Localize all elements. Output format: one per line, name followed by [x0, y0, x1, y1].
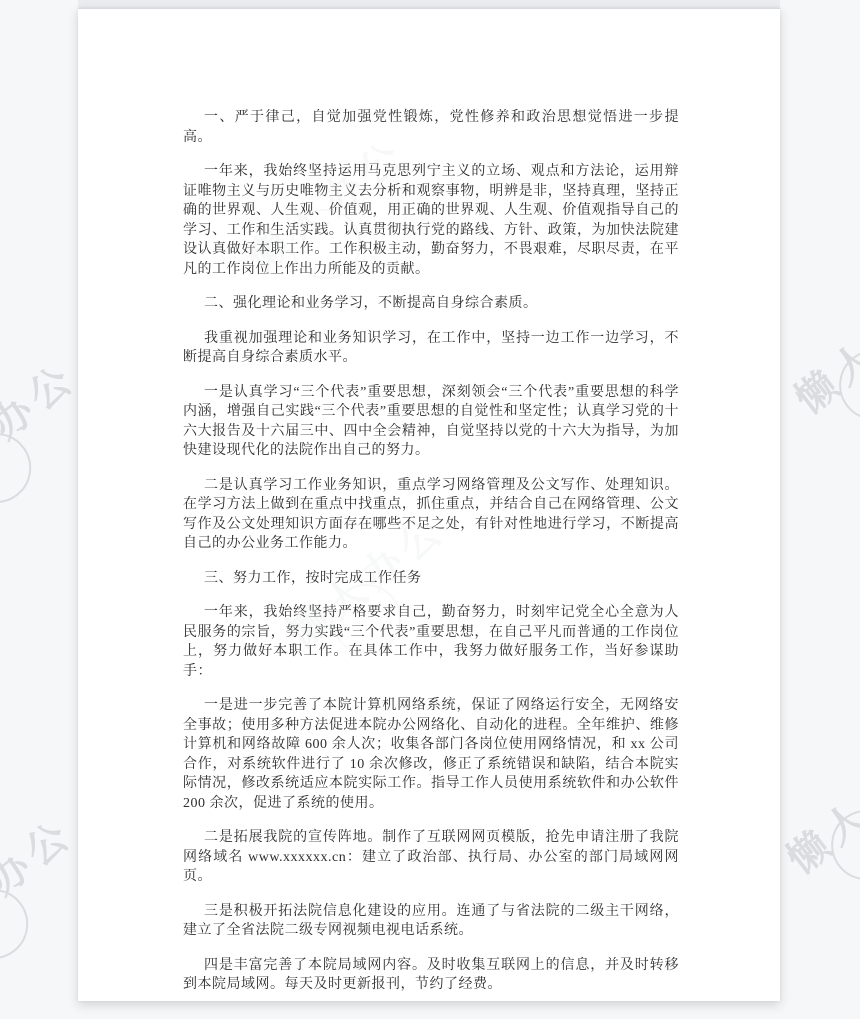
document-viewer: 懒人办公 懒人办公 懒人办公 懒人办公 懒人办公 懒人办公 一、严于律己，自觉加…: [0, 0, 860, 1019]
watermark-ring-icon: [0, 875, 42, 973]
paragraph-8: 一年来，我始终坚持严格要求自己，勤奋努力，时刻牢记党全心全意为人民服务的宗旨，努…: [183, 603, 679, 681]
watermark-ring-icon: [817, 796, 860, 894]
section-heading-3: 三、努力工作，按时完成工作任务: [183, 569, 679, 589]
section-heading-2: 二、强化理论和业务学习，不断提高自身综合素质。: [183, 294, 679, 314]
watermark-text: 懒人办公: [0, 803, 84, 964]
paragraph-6: 二是认真学习工作业务知识，重点学习网络管理及公文写作、处理知识。在学习方法上做到…: [183, 476, 679, 554]
paragraph-12: 四是丰富完善了本院局域网内容。及时收集互联网上的信息，并及时转移到本院局域网。每…: [183, 956, 679, 995]
paragraph-11: 三是积极开拓法院信息化建设的应用。连通了与省法院的二级主干网络，建立了全省法院二…: [183, 902, 679, 941]
document-page: 一、严于律己，自觉加强党性锻炼，党性修养和政治思想觉悟进一步提高。 一年来，我始…: [78, 8, 780, 1001]
watermark-text: 懒人办公: [0, 347, 87, 508]
document-content: 一、严于律己，自觉加强党性锻炼，党性修养和政治思想觉悟进一步提高。 一年来，我始…: [183, 108, 679, 1010]
paragraph-10: 二是拓展我院的宣传阵地。制作了互联网网页模版，抢先申请注册了我院网络域名 www…: [183, 828, 679, 887]
paragraph-5: 一是认真学习“三个代表”重要思想，深刻领会“三个代表”重要思想的科学内涵，增强自…: [183, 383, 679, 461]
watermark-text: 懒人办公: [773, 724, 860, 885]
watermark: 懒人办公: [781, 264, 860, 425]
watermark: 懒人办公: [0, 347, 87, 508]
section-heading-1: 一、严于律己，自觉加强党性锻炼，党性修养和政治思想觉悟进一步提高。: [183, 108, 679, 147]
paragraph-9: 一是进一步完善了本院计算机网络系统，保证了网络运行安全，无网络安全事故；使用多种…: [183, 696, 679, 813]
paragraph-4: 我重视加强理论和业务知识学习，在工作中，坚持一边工作一边学习，不断提高自身综合素…: [183, 329, 679, 368]
paragraph-2: 一年来，我始终坚持运用马克思列宁主义的立场、观点和方法论，运用辩证唯物主义与历史…: [183, 162, 679, 279]
watermark-text: 懒人办公: [781, 264, 860, 425]
watermark-ring-icon: [825, 336, 860, 434]
page-top-edge: [78, 0, 780, 8]
watermark-ring-icon: [0, 419, 45, 517]
watermark: 懒人办公: [0, 803, 84, 964]
watermark: 懒人办公: [773, 724, 860, 885]
